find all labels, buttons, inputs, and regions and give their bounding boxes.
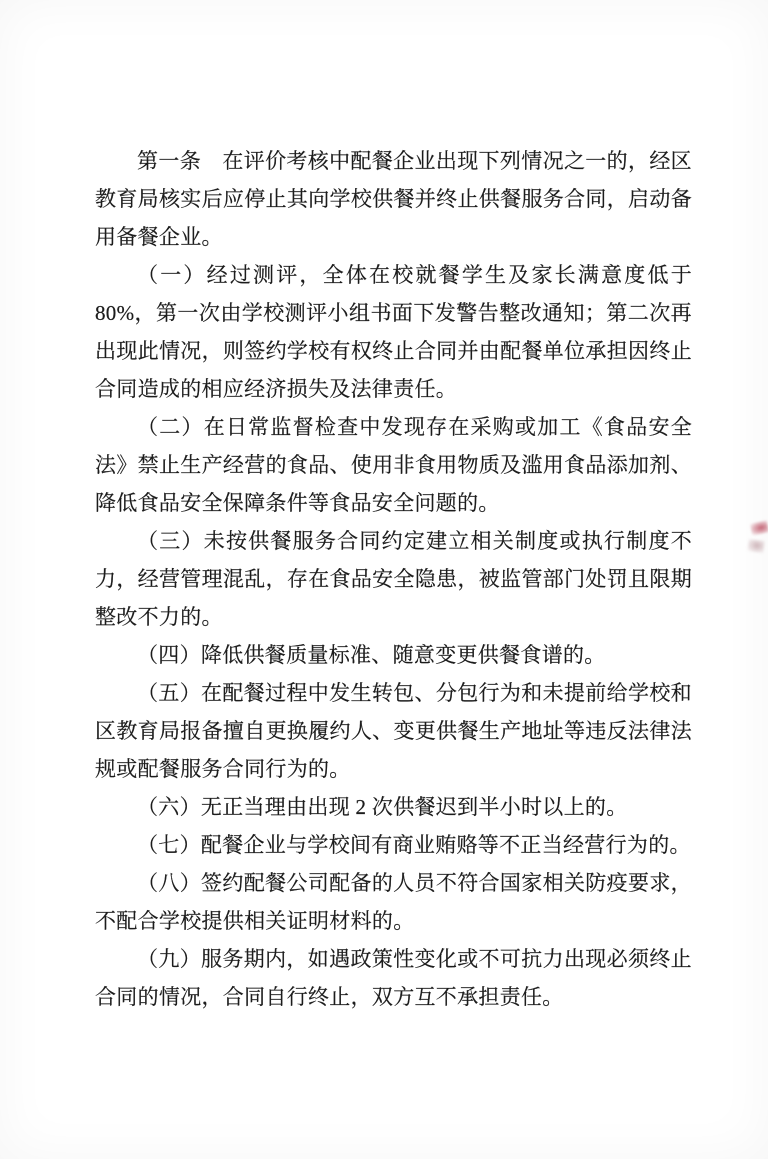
paragraph-clause-6: （六）无正当理由出现 2 次供餐迟到半小时以上的。 xyxy=(95,788,692,826)
document-page: 第一条 在评价考核中配餐企业出现下列情况之一的，经区教育局核实后应停止其向学校供… xyxy=(0,0,768,1159)
seal-blob-lower xyxy=(747,539,765,553)
paragraph-clause-7: （七）配餐企业与学校间有商业贿赂等不正当经营行为的。 xyxy=(95,826,692,864)
paragraph-clause-5: （五）在配餐过程中发生转包、分包行为和未提前给学校和区教育局报备擅自更换履约人、… xyxy=(95,674,692,788)
paragraph-clause-4: （四）降低供餐质量标准、随意变更供餐食谱的。 xyxy=(95,636,692,674)
paragraph-article-1: 第一条 在评价考核中配餐企业出现下列情况之一的，经区教育局核实后应停止其向学校供… xyxy=(95,142,692,256)
paragraph-clause-2: （二）在日常监督检查中发现存在采购或加工《食品安全法》禁止生产经营的食品、使用非… xyxy=(95,408,692,522)
paragraph-clause-1: （一）经过测评，全体在校就餐学生及家长满意度低于 80%，第一次由学校测评小组书… xyxy=(95,256,692,408)
document-text-block: 第一条 在评价考核中配餐企业出现下列情况之一的，经区教育局核实后应停止其向学校供… xyxy=(95,142,692,1016)
paragraph-clause-3: （三）未按供餐服务合同约定建立相关制度或执行制度不力，经营管理混乱，存在食品安全… xyxy=(95,522,692,636)
red-seal-mark-fragment xyxy=(742,516,768,568)
paragraph-clause-8: （八）签约配餐公司配备的人员不符合国家相关防疫要求，不配合学校提供相关证明材料的… xyxy=(95,864,692,940)
paragraph-clause-9: （九）服务期内，如遇政策性变化或不可抗力出现必须终止合同的情况，合同自行终止，双… xyxy=(95,940,692,1016)
seal-blob-upper xyxy=(750,520,768,535)
